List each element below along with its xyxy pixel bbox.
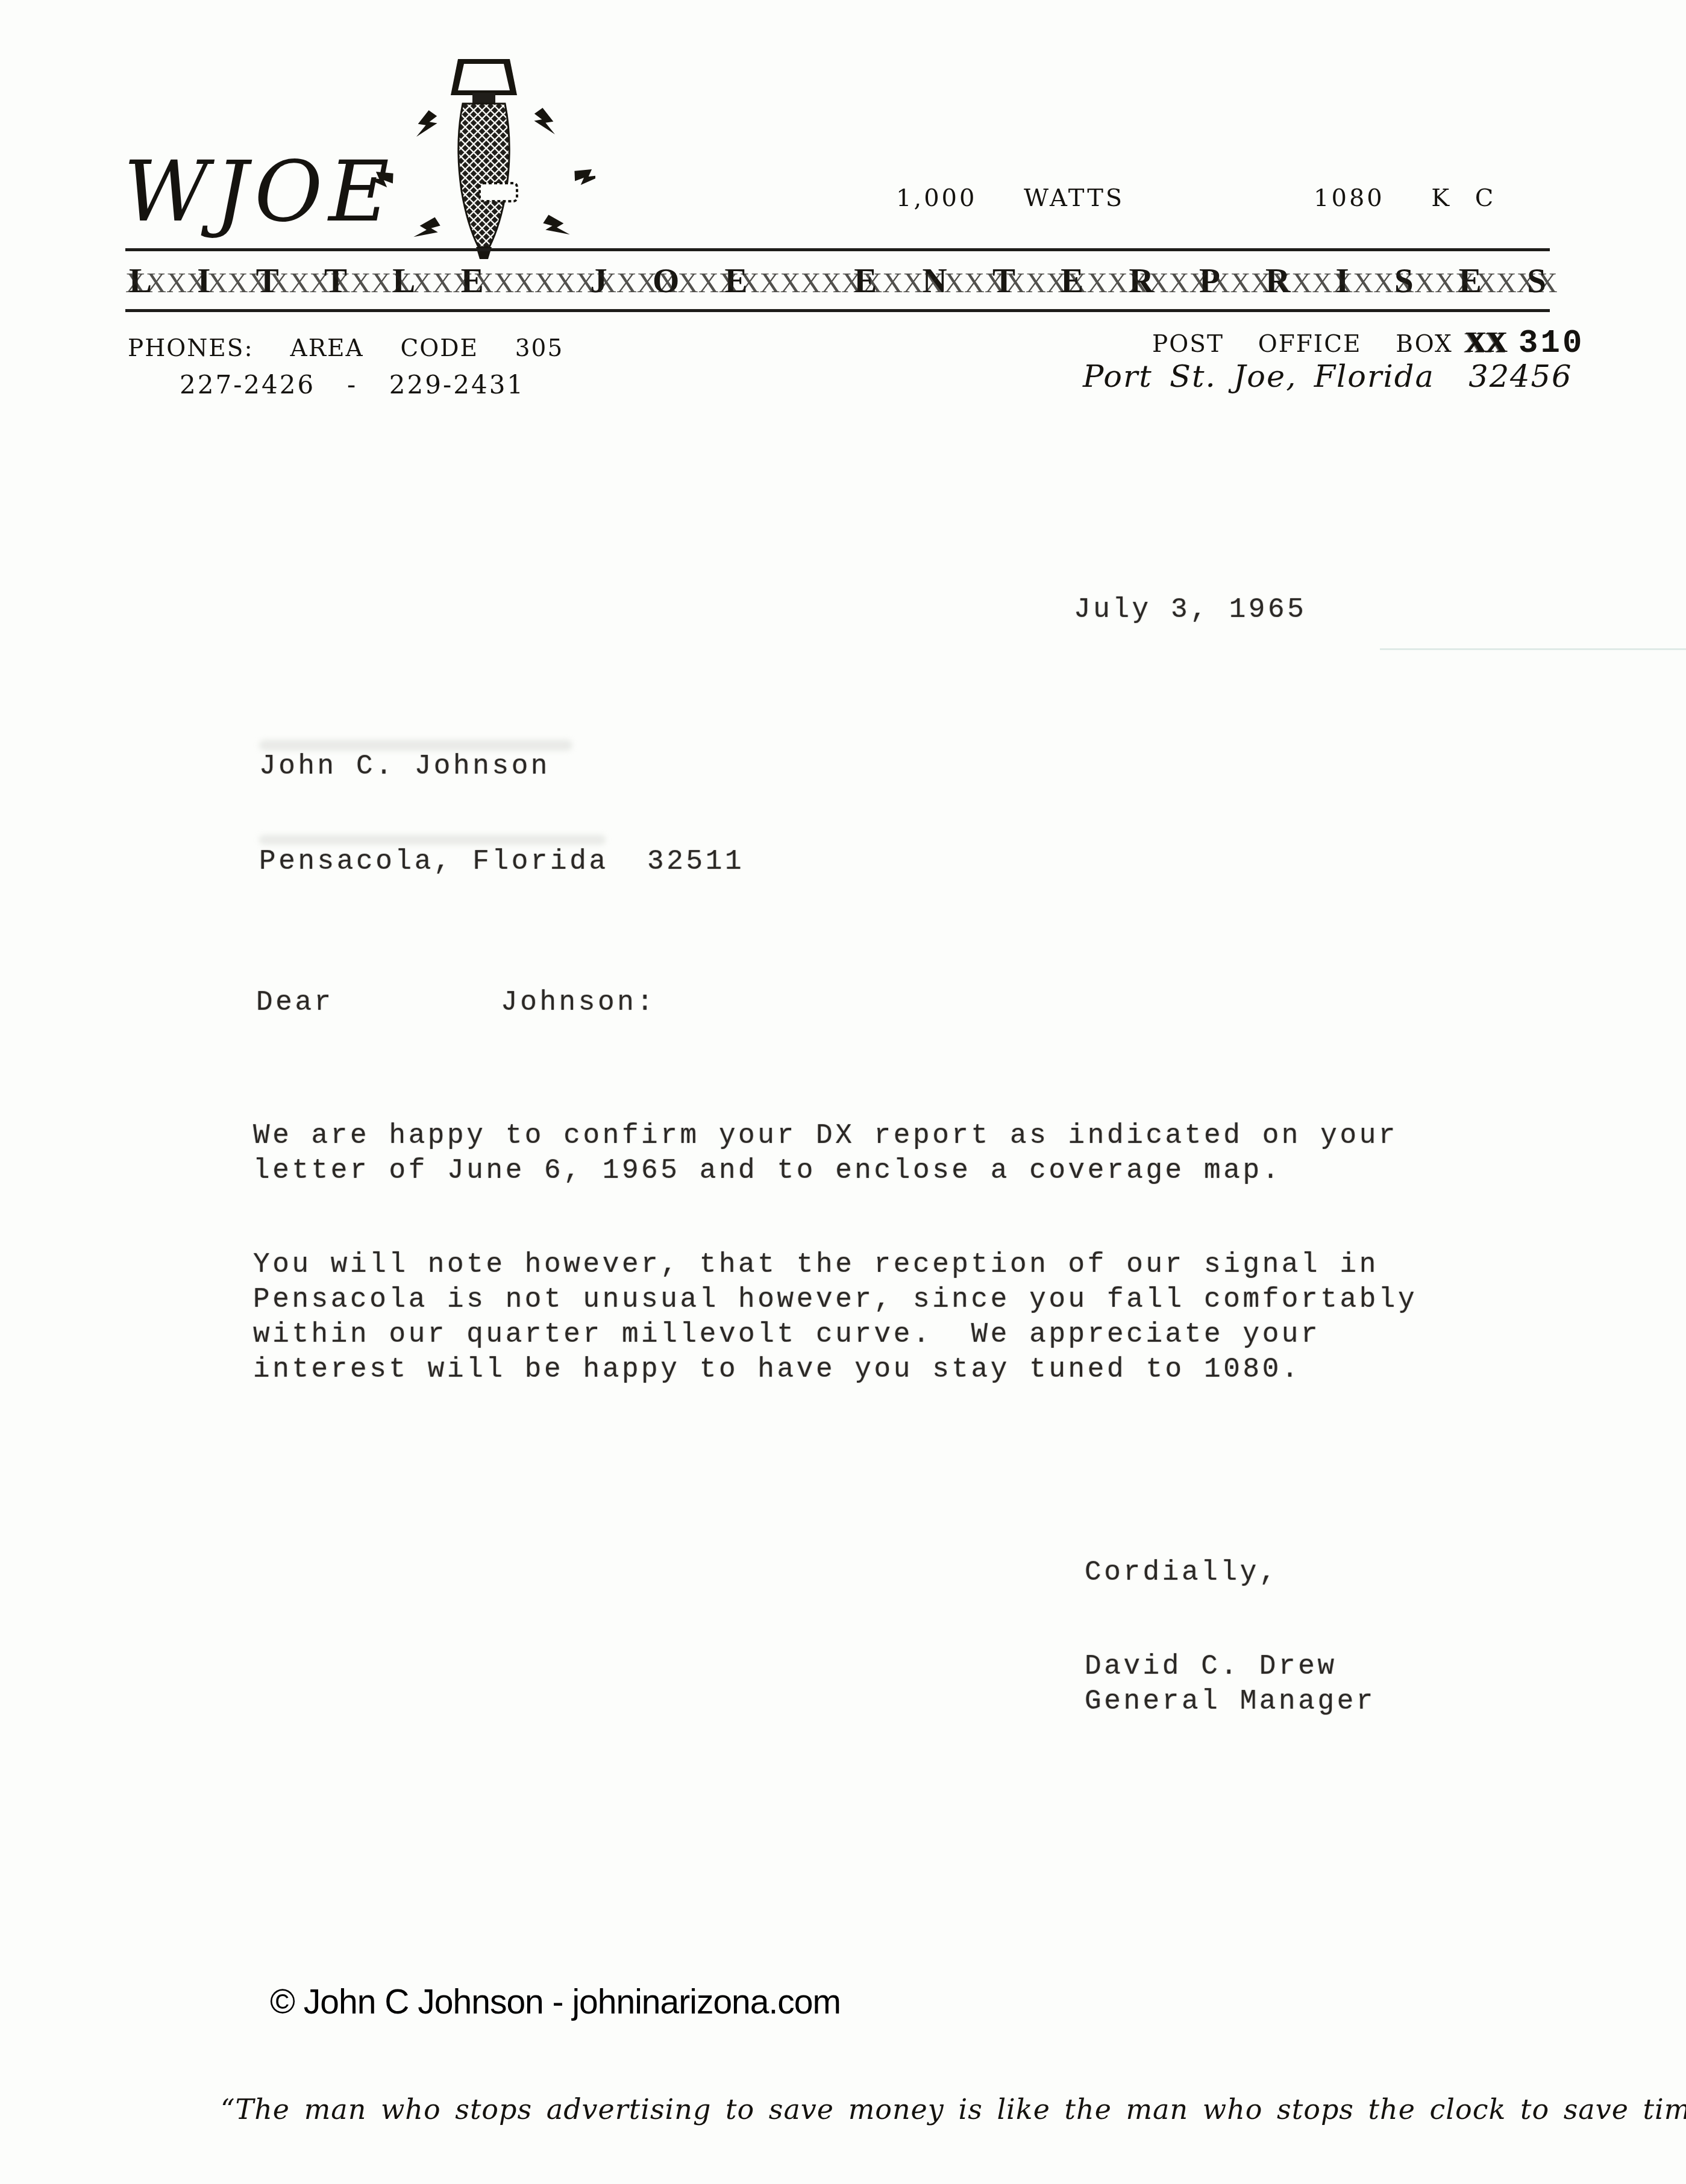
footer-slogan: “The man who stops advertising to save m… — [221, 2093, 1534, 2126]
paragraph-line: You will note however, that the receptio… — [253, 1247, 1417, 1282]
po-box-label: POST OFFICE BOX — [1152, 331, 1453, 358]
phones-label: PHONES: AREA CODE 305 — [128, 335, 563, 362]
letter-date: July 3, 1965 — [1074, 594, 1306, 625]
copyright-watermark: © John C Johnson - johninarizona.com — [270, 1982, 841, 2022]
paragraph-line: Pensacola is not unusual however, since … — [253, 1282, 1417, 1317]
closing: Cordially, — [1085, 1557, 1279, 1588]
signature-title: General Manager — [1085, 1686, 1376, 1717]
station-city-line: Port St. Joe, Florida 32456 — [1083, 359, 1572, 395]
scanned-letter-page: WJOE 1,000 WATTS 1080 K C LITTLE JOE ENT… — [0, 0, 1686, 2184]
erasure-smudge — [259, 740, 572, 751]
paragraph-2: You will note however, that the receptio… — [253, 1247, 1417, 1387]
recipient-city: Pensacola, Florida 32511 — [259, 846, 744, 877]
company-name-banner: LITTLE JOE ENTERPRISES XXXXXXXXXXXXXXXXX… — [125, 248, 1550, 312]
po-box-struck-text: XX — [1465, 326, 1506, 359]
paragraph-line: letter of June 6, 1965 and to enclose a … — [253, 1153, 1398, 1188]
paragraph-line: We are happy to confirm your DX report a… — [253, 1118, 1398, 1153]
erasure-smudge — [259, 835, 606, 845]
po-box-line: POST OFFICE BOX XX 310 — [1152, 325, 1584, 362]
salutation-prefix: Dear — [256, 987, 334, 1018]
salutation-name: Johnson: — [501, 987, 656, 1018]
paragraph-line: within our quarter millevolt curve. We a… — [253, 1317, 1417, 1352]
paragraph-1: We are happy to confirm your DX report a… — [253, 1118, 1398, 1188]
strikeout-x-overlay: XXXXXXXXXXXXXXXXXXXXXXXXXXXXXXXXXXXXXXXX… — [125, 257, 1550, 309]
paragraph-line: interest will be happy to have you stay … — [253, 1352, 1417, 1387]
microphone-logo-icon — [372, 55, 595, 260]
recipient-name: John C. Johnson — [259, 751, 550, 782]
po-box-number: 310 — [1518, 325, 1584, 362]
power-rating: 1,000 WATTS — [896, 184, 1124, 212]
frequency: 1080 K C — [1314, 184, 1496, 212]
station-call-letters: WJOE — [124, 143, 395, 240]
paper-crease — [1380, 648, 1686, 650]
phone-numbers: 227-2426 - 229-2431 — [180, 370, 525, 399]
signature-name: David C. Drew — [1085, 1651, 1337, 1682]
